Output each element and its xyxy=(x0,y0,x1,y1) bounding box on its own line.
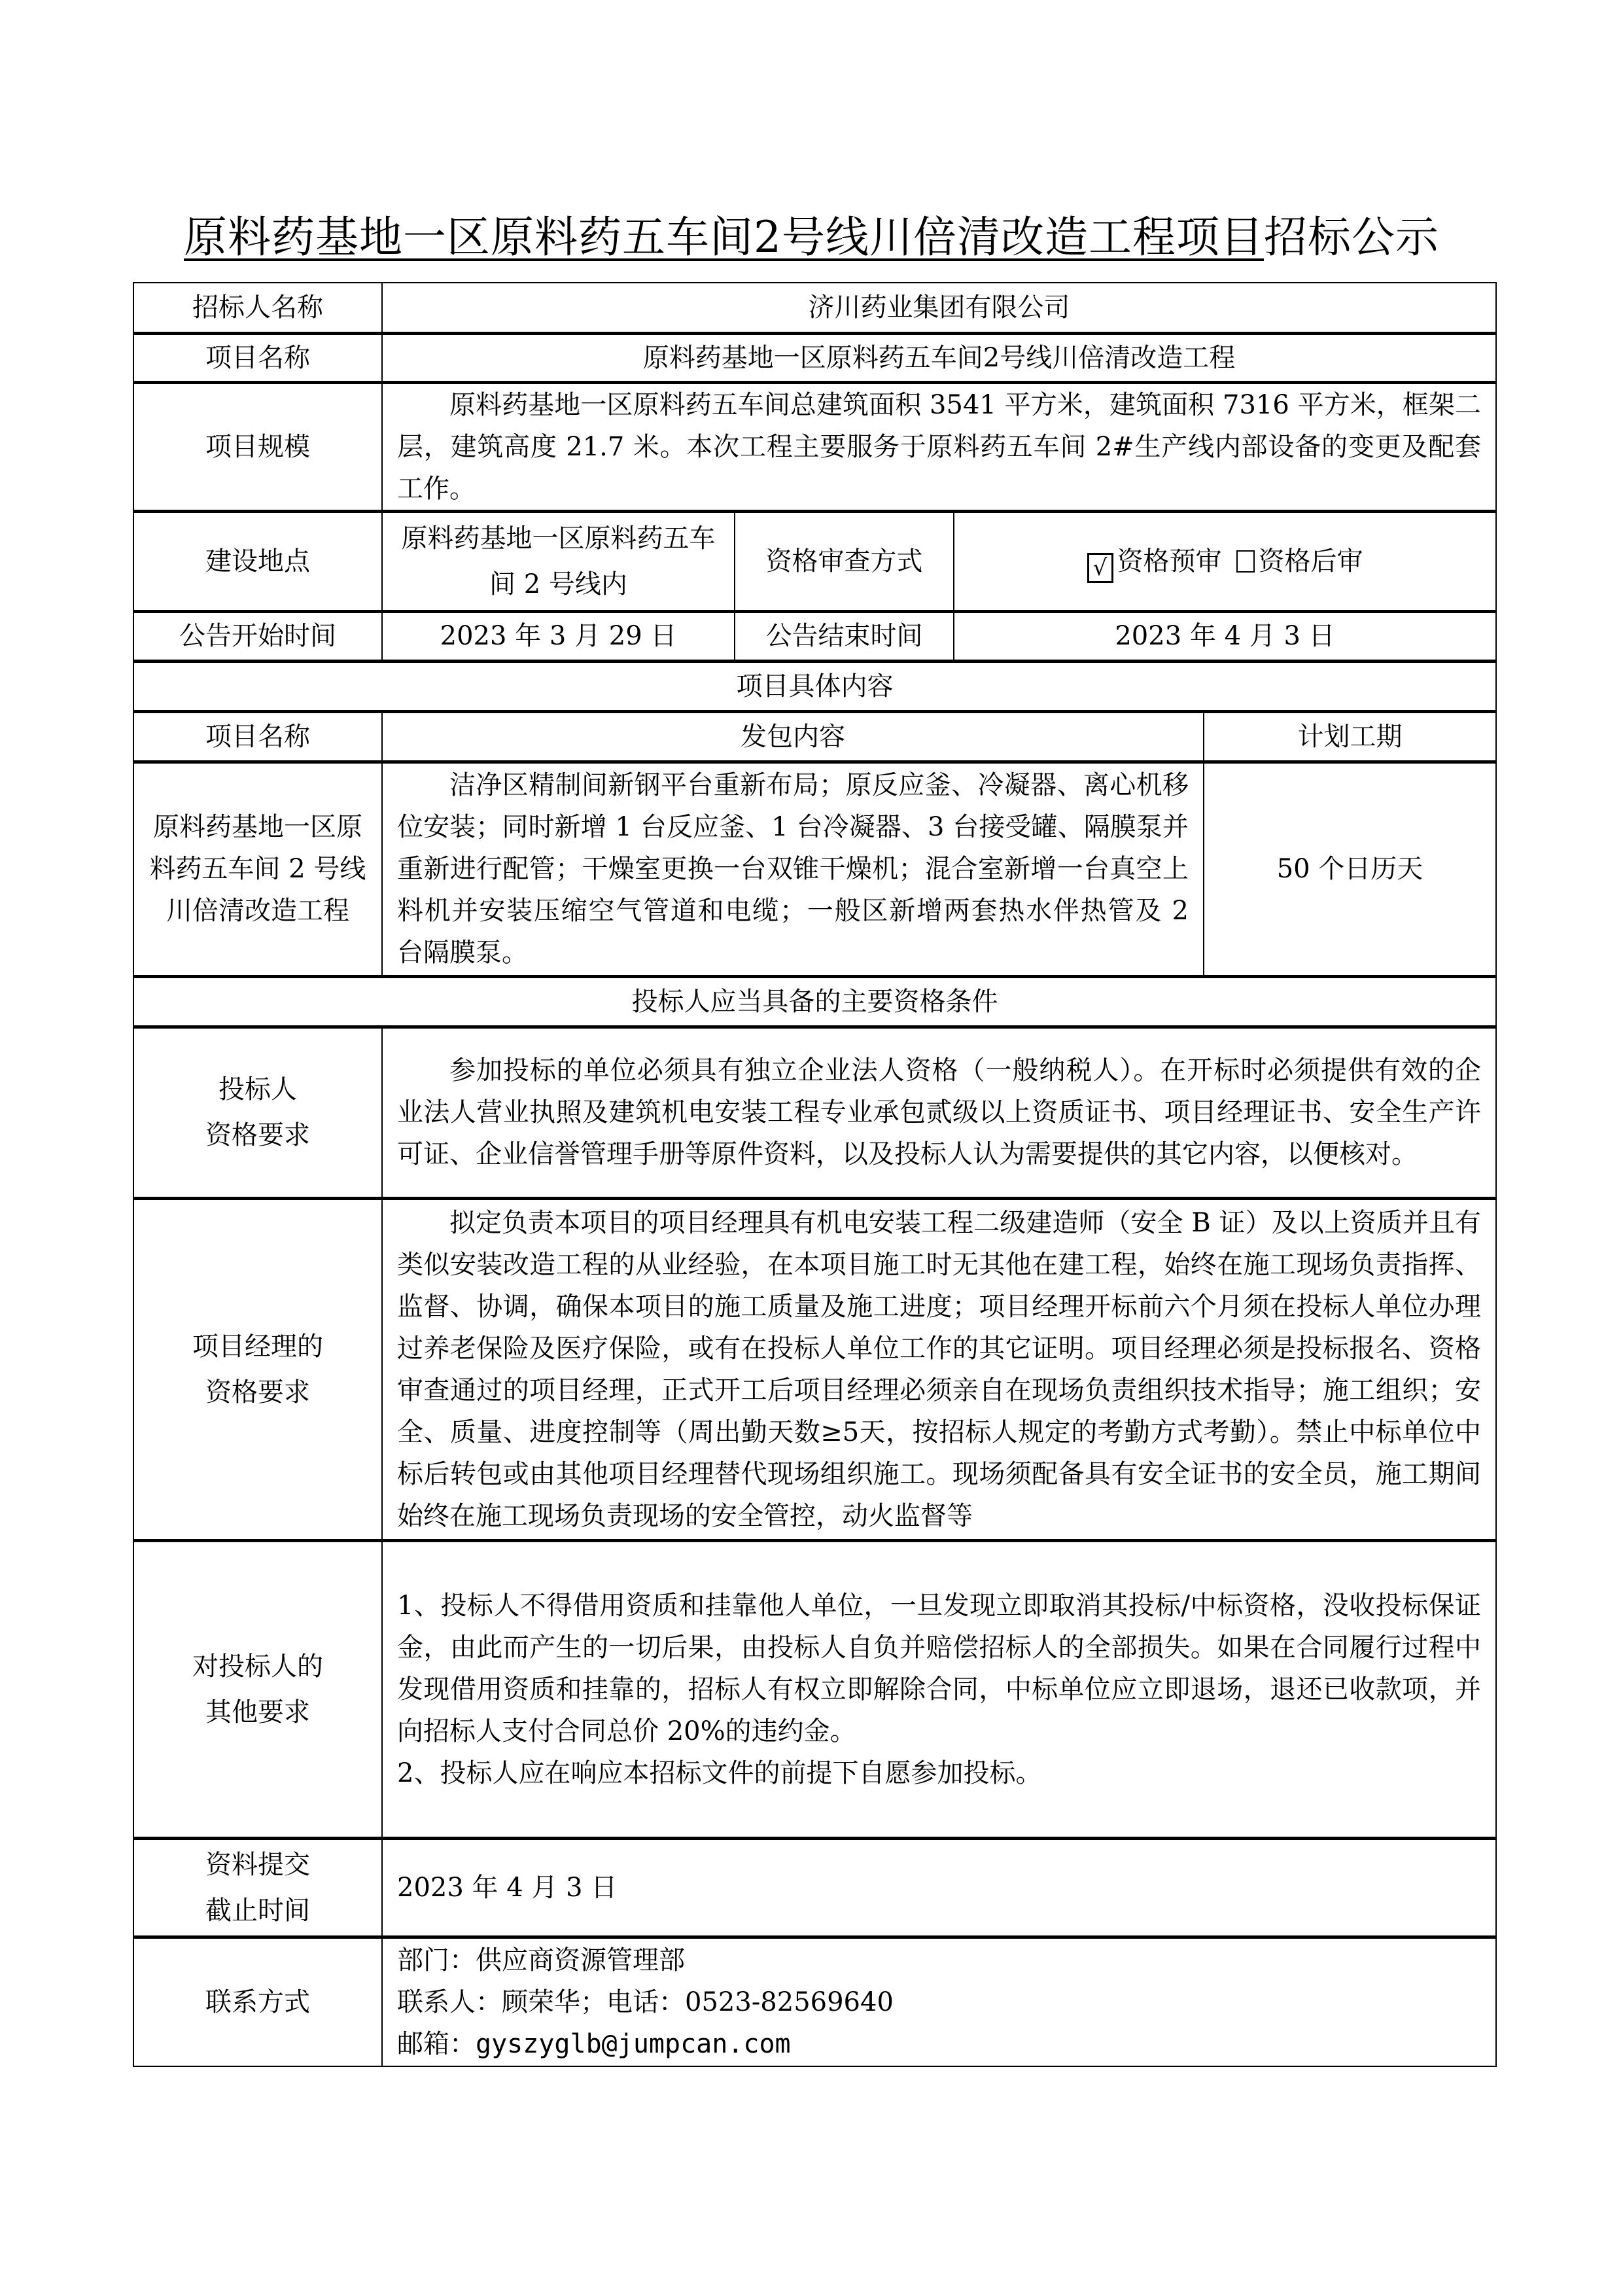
manager-qualification-label-line2: 资格要求 xyxy=(148,1369,367,1415)
title-rest: 招标公示 xyxy=(1264,212,1439,262)
notice-end-value: 2023 年 4 月 3 日 xyxy=(954,611,1496,661)
contact-person-phone: 联系人：顾荣华；电话：0523-82569640 xyxy=(397,1981,1481,2023)
row-qualifications-title: 投标人应当具备的主要资格条件 xyxy=(133,976,1496,1027)
review-method-options: √资格预审资格后审 xyxy=(954,511,1496,611)
bidder-qualification-label-line2: 资格要求 xyxy=(148,1112,367,1158)
content-project-name: 原料药基地一区原料药五车间 2 号线川倍清改造工程 xyxy=(133,762,382,976)
contact-label: 联系方式 xyxy=(133,1937,382,2066)
checkbox-prequalification[interactable]: √ xyxy=(1087,553,1113,583)
other-requirements-label-line1: 对投标人的 xyxy=(148,1644,367,1689)
qualifications-section-title: 投标人应当具备的主要资格条件 xyxy=(133,976,1496,1027)
row-project-content: 原料药基地一区原料药五车间 2 号线川倍清改造工程 洁净区精制间新钢平台重新布局… xyxy=(133,762,1496,976)
deadline-value: 2023 年 4 月 3 日 xyxy=(382,1838,1496,1937)
contact-department: 部门：供应商资源管理部 xyxy=(397,1939,1481,1981)
project-content-section-title: 项目具体内容 xyxy=(133,661,1496,711)
option-postqualification-label: 资格后审 xyxy=(1259,546,1363,576)
header-project-name: 项目名称 xyxy=(133,711,382,762)
other-requirement-item-1: 1、投标人不得借用资质和挂靠他人单位，一旦发现立即取消其投标/中标资格，没收投标… xyxy=(397,1585,1481,1752)
bidder-qualification-label: 投标人 资格要求 xyxy=(133,1027,382,1198)
row-project-name: 项目名称 原料药基地一区原料药五车间2号线川倍清改造工程 xyxy=(133,333,1496,382)
deadline-label-line2: 截止时间 xyxy=(148,1888,367,1934)
row-deadline: 资料提交 截止时间 2023 年 4 月 3 日 xyxy=(133,1838,1496,1937)
tenderer-label: 招标人名称 xyxy=(133,283,382,333)
header-duration: 计划工期 xyxy=(1204,711,1496,762)
title-underlined: 原料药基地一区原料药五车间2号线川倍清改造工程项目 xyxy=(184,212,1264,262)
tenderer-value: 济川药业集团有限公司 xyxy=(382,283,1496,333)
notice-start-value: 2023 年 3 月 29 日 xyxy=(382,611,735,661)
bidder-qualification-label-line1: 投标人 xyxy=(148,1067,367,1112)
row-contact: 联系方式 部门：供应商资源管理部 联系人：顾荣华；电话：0523-8256964… xyxy=(133,1937,1496,2066)
row-location: 建设地点 原料药基地一区原料药五车间 2 号线内 资格审查方式 √资格预审资格后… xyxy=(133,511,1496,611)
header-content: 发包内容 xyxy=(382,711,1204,762)
notice-end-label: 公告结束时间 xyxy=(735,611,954,661)
project-name-value: 原料药基地一区原料药五车间2号线川倍清改造工程 xyxy=(382,333,1496,382)
row-manager-qualification: 项目经理的 资格要求 拟定负责本项目的项目经理具有机电安装工程二级建造师（安全 … xyxy=(133,1198,1496,1540)
other-requirements-label-line2: 其他要求 xyxy=(148,1689,367,1735)
scale-value: 原料药基地一区原料药五车间总建筑面积 3541 平方米，建筑面积 7316 平方… xyxy=(382,382,1496,511)
location-value: 原料药基地一区原料药五车间 2 号线内 xyxy=(382,511,735,611)
tender-notice-table: 招标人名称 济川药业集团有限公司 项目名称 原料药基地一区原料药五车间2号线川倍… xyxy=(133,282,1497,2067)
contact-value: 部门：供应商资源管理部 联系人：顾荣华；电话：0523-82569640 邮箱：… xyxy=(382,1937,1496,2066)
location-label: 建设地点 xyxy=(133,511,382,611)
row-other-requirements: 对投标人的 其他要求 1、投标人不得借用资质和挂靠他人单位，一旦发现立即取消其投… xyxy=(133,1540,1496,1838)
project-name-label: 项目名称 xyxy=(133,333,382,382)
manager-qualification-label-line1: 项目经理的 xyxy=(148,1324,367,1369)
deadline-label: 资料提交 截止时间 xyxy=(133,1838,382,1937)
notice-start-label: 公告开始时间 xyxy=(133,611,382,661)
review-method-label: 资格审查方式 xyxy=(735,511,954,611)
row-project-content-title: 项目具体内容 xyxy=(133,661,1496,711)
bidder-qualification-value: 参加投标的单位必须具有独立企业法人资格（一般纳税人）。在开标时必须提供有效的企业… xyxy=(382,1027,1496,1198)
deadline-label-line1: 资料提交 xyxy=(148,1842,367,1888)
content-description: 洁净区精制间新钢平台重新布局；原反应釜、冷凝器、离心机移位安装；同时新增 1 台… xyxy=(382,762,1204,976)
manager-qualification-label: 项目经理的 资格要求 xyxy=(133,1198,382,1540)
other-requirements-label: 对投标人的 其他要求 xyxy=(133,1540,382,1838)
contact-email[interactable]: 邮箱：gyszyglb@jumpcan.com xyxy=(397,2023,1481,2065)
row-project-content-headers: 项目名称 发包内容 计划工期 xyxy=(133,711,1496,762)
manager-qualification-value: 拟定负责本项目的项目经理具有机电安装工程二级建造师（安全 B 证）及以上资质并且… xyxy=(382,1198,1496,1540)
scale-label: 项目规模 xyxy=(133,382,382,511)
row-notice-dates: 公告开始时间 2023 年 3 月 29 日 公告结束时间 2023 年 4 月… xyxy=(133,611,1496,661)
page-title: 原料药基地一区原料药五车间2号线川倍清改造工程项目招标公示 xyxy=(0,208,1623,267)
row-tenderer: 招标人名称 济川药业集团有限公司 xyxy=(133,283,1496,333)
other-requirement-item-2: 2、投标人应在响应本招标文件的前提下自愿参加投标。 xyxy=(397,1752,1481,1794)
content-duration: 50 个日历天 xyxy=(1204,762,1496,976)
option-prequalification-label: 资格预审 xyxy=(1117,546,1222,576)
checkbox-postqualification[interactable] xyxy=(1236,550,1255,573)
other-requirements-value: 1、投标人不得借用资质和挂靠他人单位，一旦发现立即取消其投标/中标资格，没收投标… xyxy=(382,1540,1496,1838)
row-bidder-qualification: 投标人 资格要求 参加投标的单位必须具有独立企业法人资格（一般纳税人）。在开标时… xyxy=(133,1027,1496,1198)
row-scale: 项目规模 原料药基地一区原料药五车间总建筑面积 3541 平方米，建筑面积 73… xyxy=(133,382,1496,511)
